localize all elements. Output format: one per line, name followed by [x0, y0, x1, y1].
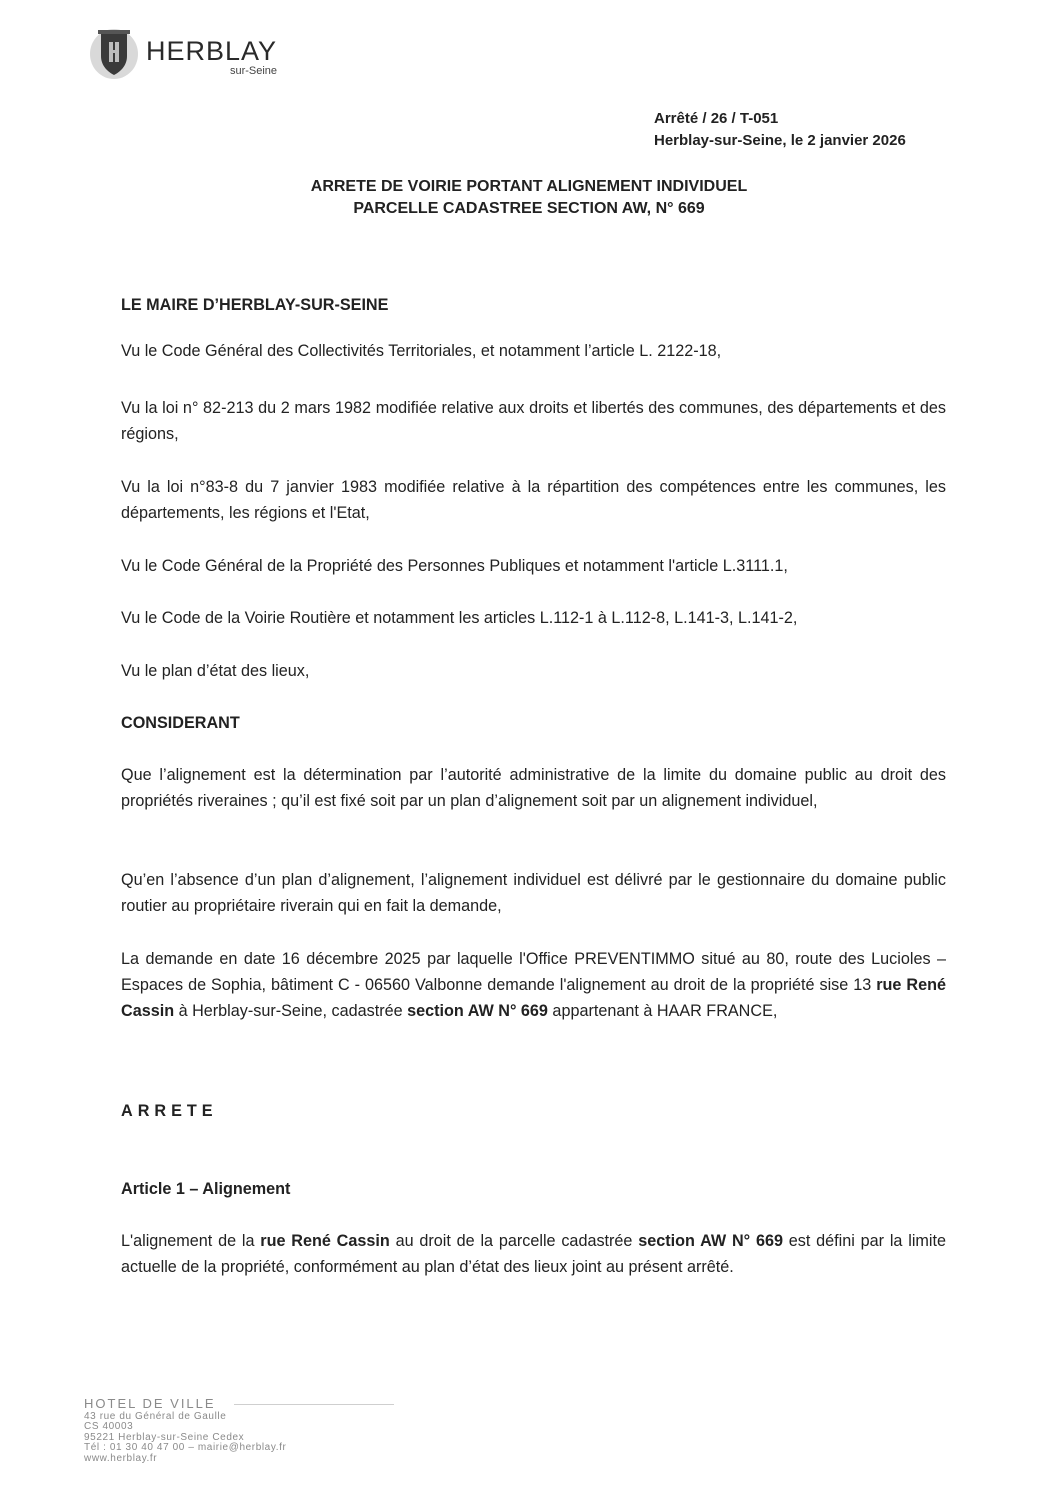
demande-parcel: section AW N° 669 — [407, 1002, 548, 1020]
arrete-heading: ARRETE — [121, 1098, 218, 1124]
document-title: ARRETE DE VOIRIE PORTANT ALIGNEMENT INDI… — [0, 176, 1058, 220]
considerant-paragraph-2: Qu’en l’absence d’un plan d’alignement, … — [121, 867, 946, 919]
footer-contact: HOTEL DE VILLE 43 rue du Général de Gaul… — [84, 1397, 286, 1464]
vu-paragraph-5: Vu le Code de la Voirie Routière et nota… — [121, 605, 797, 631]
demande-text-1: La demande en date 16 décembre 2025 par … — [121, 950, 946, 994]
maire-heading: LE MAIRE D’HERBLAY-SUR-SEINE — [121, 292, 388, 318]
herblay-logo: HERBLAY sur-Seine — [88, 24, 277, 80]
vu-paragraph-1: Vu le Code Général des Collectivités Ter… — [121, 338, 721, 364]
logo-name: HERBLAY — [146, 38, 277, 65]
footer-phone-email: Tél : 01 30 40 47 00 – mairie@herblay.fr — [84, 1443, 286, 1454]
vu-paragraph-6: Vu le plan d’état des lieux, — [121, 658, 309, 684]
footer-divider — [234, 1404, 394, 1405]
article-1-paragraph: L'alignement de la rue René Cassin au dr… — [121, 1228, 946, 1280]
document-reference-block: Arrêté / 26 / T-051 Herblay-sur-Seine, l… — [654, 108, 906, 152]
demande-text-3: appartenant à HAAR FRANCE, — [548, 1002, 777, 1020]
logo-subtitle: sur-Seine — [146, 65, 277, 77]
article-1-street: rue René Cassin — [260, 1232, 389, 1250]
vu-paragraph-2: Vu la loi n° 82-213 du 2 mars 1982 modif… — [121, 395, 946, 447]
demande-text-2: à Herblay-sur-Seine, cadastrée — [174, 1002, 407, 1020]
article-1-text-2: au droit de la parcelle cadastrée — [390, 1232, 638, 1250]
vu-paragraph-4: Vu le Code Général de la Propriété des P… — [121, 553, 788, 579]
considerant-paragraph-1: Que l’alignement est la détermination pa… — [121, 762, 946, 814]
article-1-title: Article 1 – Alignement — [121, 1176, 290, 1202]
arrete-reference: Arrêté / 26 / T-051 — [654, 108, 906, 130]
article-1-parcel: section AW N° 669 — [638, 1232, 783, 1250]
footer-website: www.herblay.fr — [84, 1454, 286, 1465]
place-and-date: Herblay-sur-Seine, le 2 janvier 2026 — [654, 130, 906, 152]
article-1-text-1: L'alignement de la — [121, 1232, 260, 1250]
footer-address-2: CS 40003 — [84, 1422, 286, 1433]
title-line-2: PARCELLE CADASTREE SECTION AW, N° 669 — [0, 198, 1058, 220]
vu-paragraph-3: Vu la loi n°83-8 du 7 janvier 1983 modif… — [121, 474, 946, 526]
considerant-heading: CONSIDERANT — [121, 710, 240, 736]
coat-of-arms-icon — [88, 24, 140, 80]
footer-title: HOTEL DE VILLE — [84, 1397, 216, 1410]
demande-paragraph: La demande en date 16 décembre 2025 par … — [121, 946, 946, 1024]
title-line-1: ARRETE DE VOIRIE PORTANT ALIGNEMENT INDI… — [0, 176, 1058, 198]
